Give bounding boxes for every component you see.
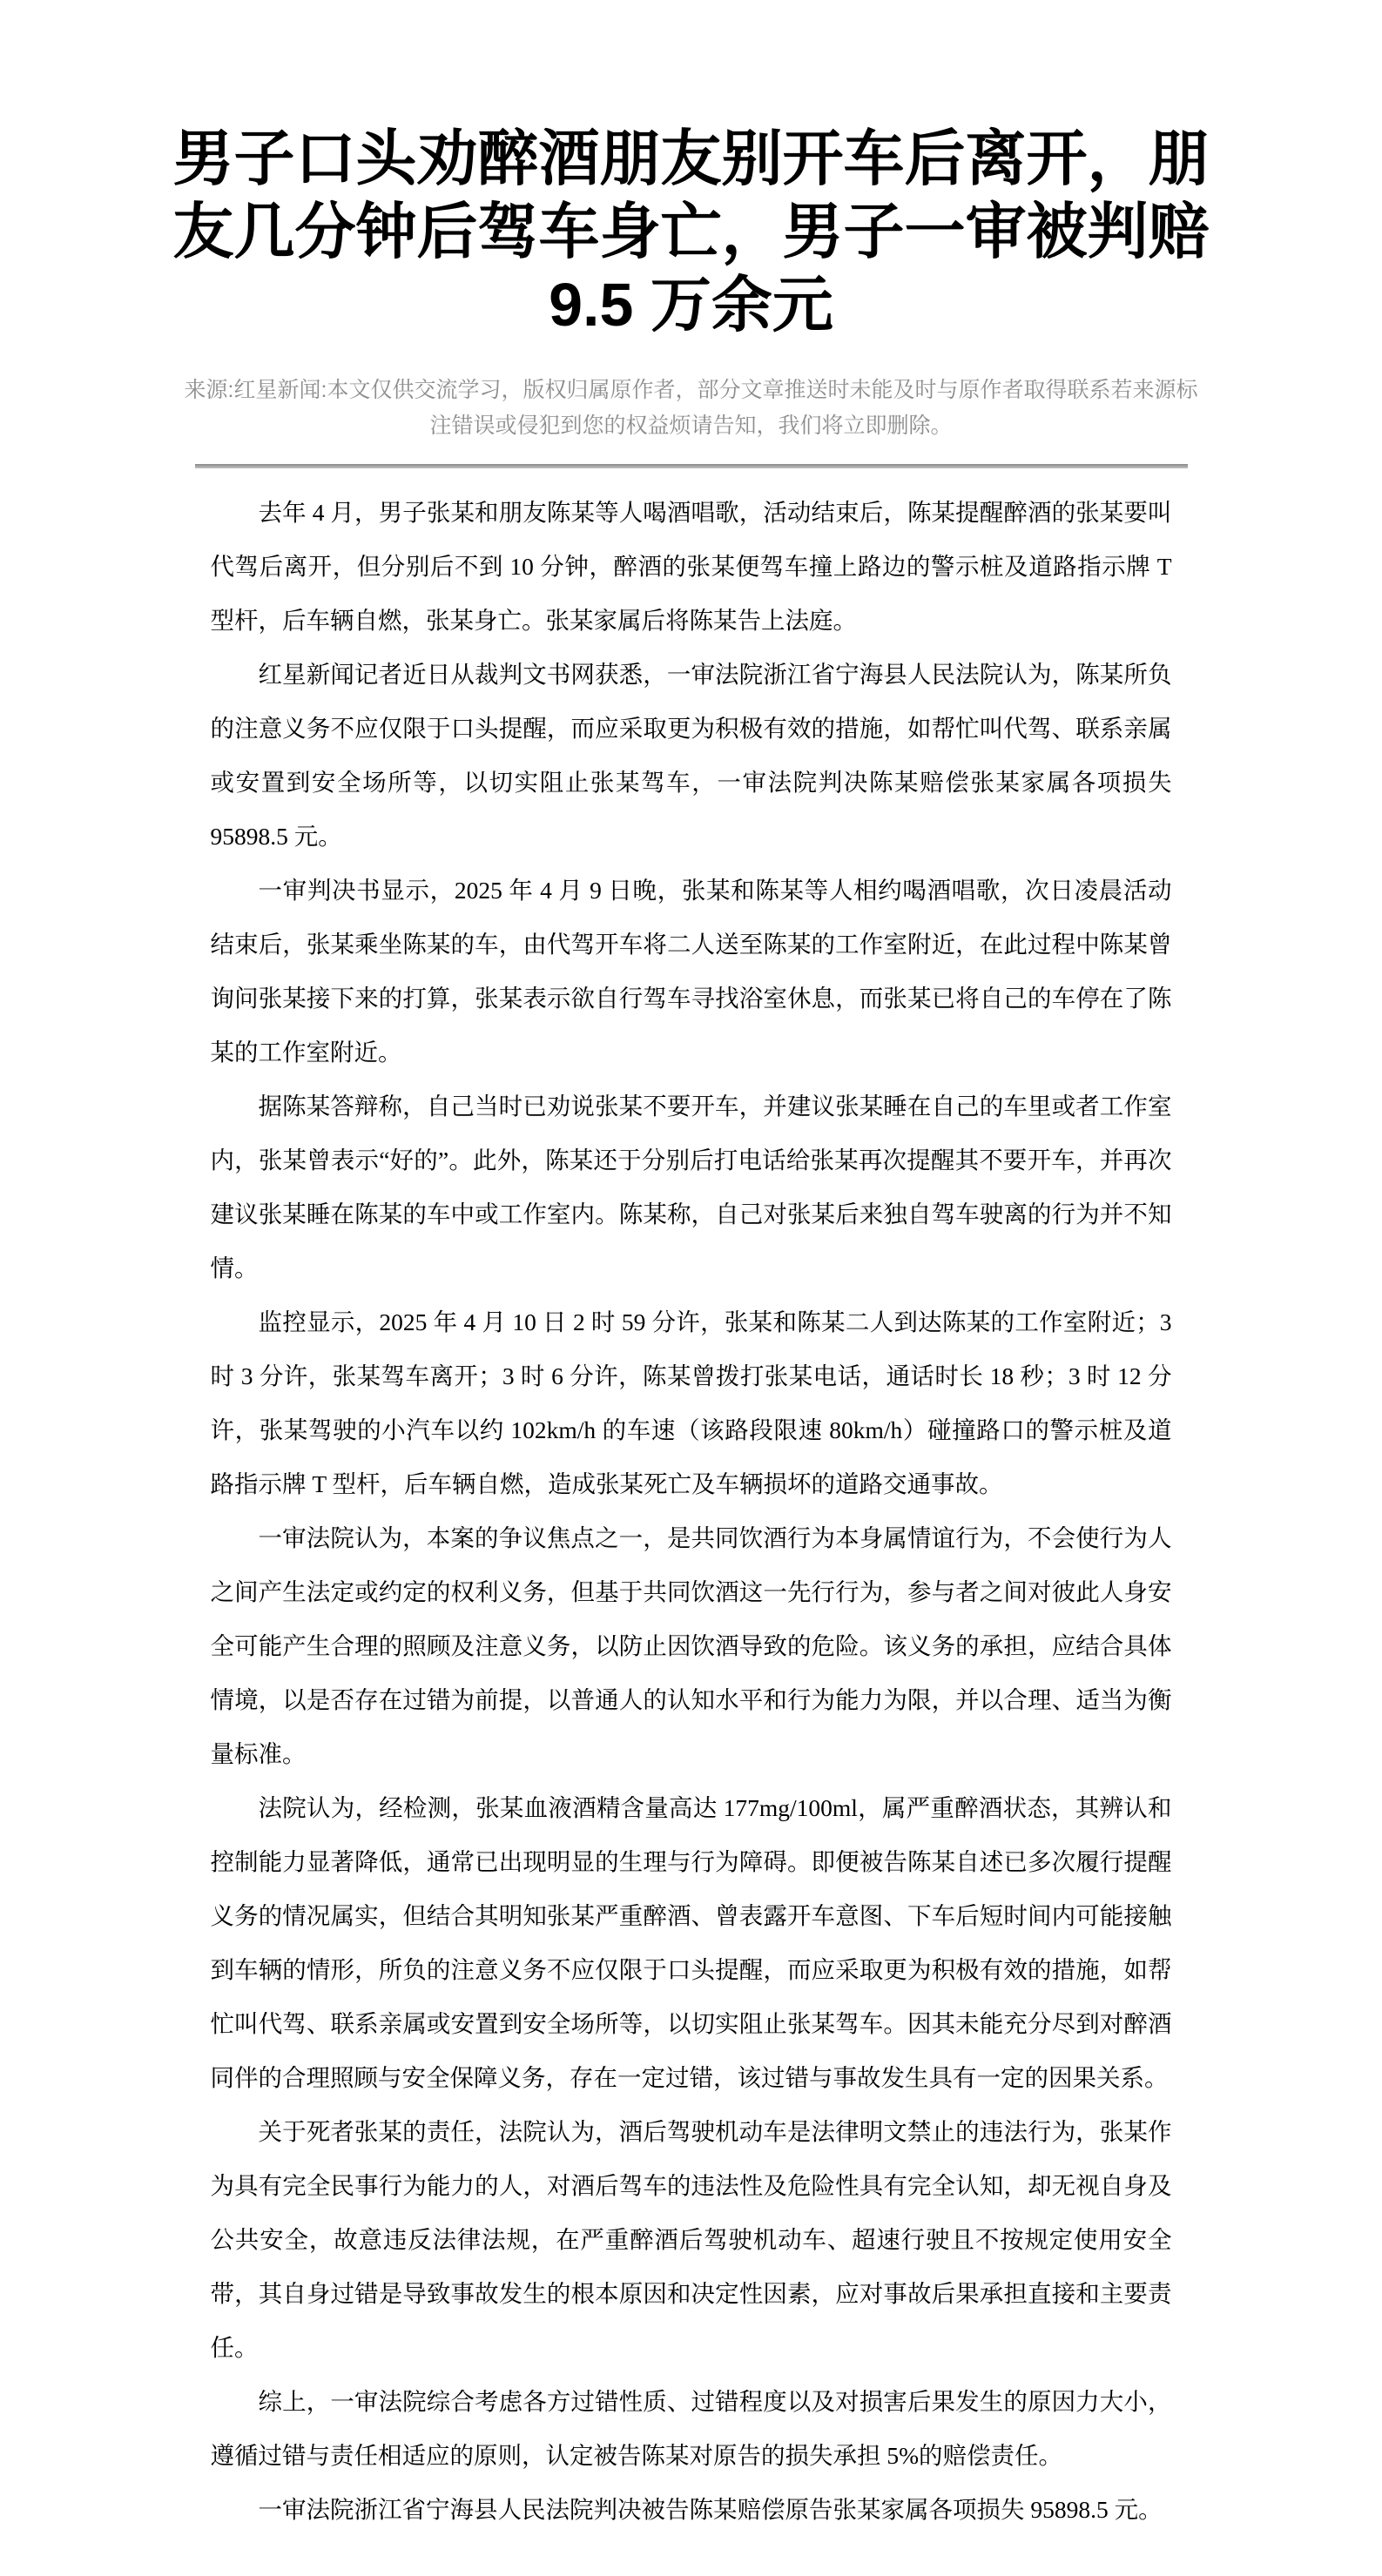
article-body: 去年 4 月，男子张某和朋友陈某等人喝酒唱歌，活动结束后，陈某提醒醉酒的张某要叫… (211, 486, 1172, 2537)
article-title: 男子口头劝醉酒朋友别开车后离开，朋友几分钟后驾车身亡，男子一审被判赔 9.5 万… (158, 0, 1224, 341)
horizontal-divider (195, 464, 1188, 468)
body-paragraph: 综上，一审法院综合考虑各方过错性质、过错程度以及对损害后果发生的原因力大小，遵循… (211, 2375, 1172, 2483)
body-paragraph: 红星新闻记者近日从裁判文书网获悉，一审法院浙江省宁海县人民法院认为，陈某所负的注… (211, 648, 1172, 864)
body-paragraph: 法院认为，经检测，张某血液酒精含量高达 177mg/100ml，属严重醉酒状态，… (211, 1781, 1172, 2105)
body-paragraph: 一审法院认为，本案的争议焦点之一，是共同饮酒行为本身属情谊行为，不会使行为人之间… (211, 1511, 1172, 1781)
body-paragraph: 监控显示，2025 年 4 月 10 日 2 时 59 分许，张某和陈某二人到达… (211, 1295, 1172, 1511)
document-page: 男子口头劝醉酒朋友别开车后离开，朋友几分钟后驾车身亡，男子一审被判赔 9.5 万… (0, 0, 1382, 2576)
body-paragraph: 据陈某答辩称，自己当时已劝说张某不要开车，并建议张某睡在自己的车里或者工作室内，… (211, 1079, 1172, 1295)
source-note: 来源:红星新闻:本文仅供交流学习，版权归属原作者，部分文章推送时未能及时与原作者… (182, 373, 1201, 444)
body-paragraph: 一审判决书显示，2025 年 4 月 9 日晚，张某和陈某等人相约喝酒唱歌，次日… (211, 864, 1172, 1079)
body-paragraph: 一审法院浙江省宁海县人民法院判决被告陈某赔偿原告张某家属各项损失 95898.5… (211, 2483, 1172, 2537)
body-paragraph: 关于死者张某的责任，法院认为，酒后驾驶机动车是法律明文禁止的违法行为，张某作为具… (211, 2105, 1172, 2375)
body-paragraph: 去年 4 月，男子张某和朋友陈某等人喝酒唱歌，活动结束后，陈某提醒醉酒的张某要叫… (211, 486, 1172, 648)
